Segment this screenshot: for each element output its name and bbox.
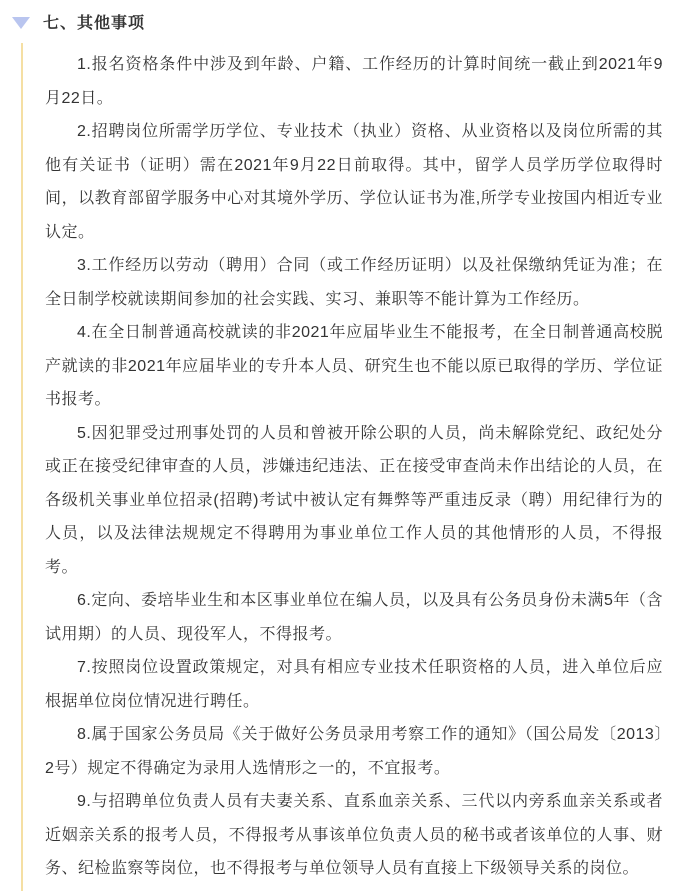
body-paragraph: 8.属于国家公务员局《关于做好公务员录用考察工作的通知》（国公局发〔2013〕2… [45,718,663,785]
body-paragraph: 9.与招聘单位负责人员有夫妻关系、直系血亲关系、三代以内旁系血亲关系或者近姻亲关… [45,785,663,886]
body-paragraph: 1.报名资格条件中涉及到年龄、户籍、工作经历的计算时间统一截止到2021年9月2… [45,48,663,115]
section-content: 1.报名资格条件中涉及到年龄、户籍、工作经历的计算时间统一截止到2021年9月2… [21,43,685,891]
body-paragraph: 7.按照岗位设置政策规定，对具有相应专业技术任职资格的人员，进入单位后应根据单位… [45,651,663,718]
body-paragraph: 3.工作经历以劳动（聘用）合同（或工作经历证明）以及社保缴纳凭证为准；在全日制学… [45,249,663,316]
body-paragraph: 4.在全日制普通高校就读的非2021年应届毕业生不能报考，在全日制普通高校脱产就… [45,316,663,417]
body-paragraph: 2.招聘岗位所需学历学位、专业技术（执业）资格、从业资格以及岗位所需的其他有关证… [45,115,663,249]
section-title: 七、其他事项 [43,10,145,33]
body-paragraph: 5.因犯罪受过刑事处罚的人员和曾被开除公职的人员，尚未解除党纪、政纪处分或正在接… [45,417,663,585]
document-page: 七、其他事项 1.报名资格条件中涉及到年龄、户籍、工作经历的计算时间统一截止到2… [0,0,685,896]
collapse-triangle-icon[interactable] [12,17,30,29]
body-paragraph: 6.定向、委培毕业生和本区事业单位在编人员，以及具有公务员身份未满5年（含试用期… [45,584,663,651]
section-header: 七、其他事项 [0,0,685,34]
